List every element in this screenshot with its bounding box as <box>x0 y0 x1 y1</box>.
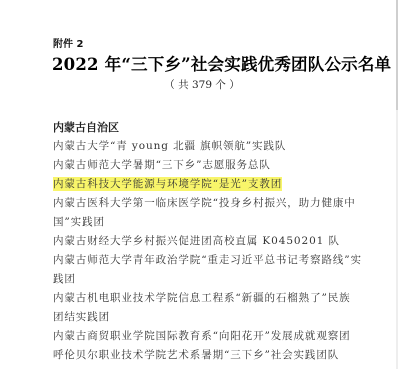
list-item-continuation: 践团 <box>53 270 353 289</box>
list-item: 内蒙古机电职业技术学院信息工程系“新疆的石榴熟了”民族 <box>53 289 353 308</box>
list-item-text: 内蒙古大学“青 young 北疆 旗帜领航”实践队 <box>53 140 286 152</box>
list-item-text: 内蒙古机电职业技术学院信息工程系“新疆的石榴熟了”民族 <box>53 292 351 304</box>
list-item-text: 内蒙古商贸职业学院国际教育系“向阳花开”发展成就观察团 <box>53 330 351 342</box>
list-item-text: 内蒙古医科大学第一临床医学院“投身乡村振兴，助力健康中 <box>53 197 356 209</box>
section-heading: 内蒙古自治区 <box>53 119 119 135</box>
list-item: 内蒙古师范大学青年政治学院“重走习近平总书记考察路线”实 <box>53 251 353 270</box>
list-item: 呼伦贝尔职业技术学院艺术系暑期“三下乡”社会实践团队 <box>53 346 353 365</box>
list-item-text: 团结实践团 <box>53 311 110 323</box>
list-item-text: 内蒙古科技大学能源与环境学院“是光”支教团 <box>53 177 282 191</box>
list-item-text: 内蒙古师范大学青年政治学院“重走习近平总书记考察路线”实 <box>53 254 362 266</box>
attachment-label: 附件 2 <box>53 35 83 50</box>
highlighted-list-item: 内蒙古科技大学能源与环境学院“是光”支教团 <box>53 175 353 194</box>
list-item-text: 呼伦贝尔职业技术学院艺术系暑期“三下乡”社会实践团队 <box>53 349 339 361</box>
list-item-text: 践团 <box>53 273 76 285</box>
list-item: 内蒙古财经大学乡村振兴促进团高校直属 K0450201 队 <box>53 232 353 251</box>
list-item-text: 国”实践团 <box>53 216 105 228</box>
list-item-text: 内蒙古师范大学暑期“三下乡”志愿服务总队 <box>53 159 271 171</box>
list-item-continuation: 国”实践团 <box>53 213 353 232</box>
list-item: 内蒙古医科大学第一临床医学院“投身乡村振兴，助力健康中 <box>53 194 353 213</box>
list-item-text: 内蒙古财经大学乡村振兴促进团高校直属 K0450201 队 <box>53 235 340 247</box>
team-list: 内蒙古大学“青 young 北疆 旗帜领航”实践队 内蒙古师范大学暑期“三下乡”… <box>53 137 353 365</box>
document-page: 附件 2 2022 年“三下乡”社会实践优秀团队公示名单 （ 共 379 个 ）… <box>0 0 396 369</box>
document-subtitle: （ 共 379 个 ） <box>0 77 396 92</box>
list-item: 内蒙古大学“青 young 北疆 旗帜领航”实践队 <box>53 137 353 156</box>
team-count: （ 共 379 个 ） <box>164 79 239 91</box>
list-item-continuation: 团结实践团 <box>53 308 353 327</box>
list-item: 内蒙古商贸职业学院国际教育系“向阳花开”发展成就观察团 <box>53 327 353 346</box>
list-item: 内蒙古师范大学暑期“三下乡”志愿服务总队 <box>53 156 353 175</box>
document-title: 2022 年“三下乡”社会实践优秀团队公示名单 <box>52 51 352 75</box>
